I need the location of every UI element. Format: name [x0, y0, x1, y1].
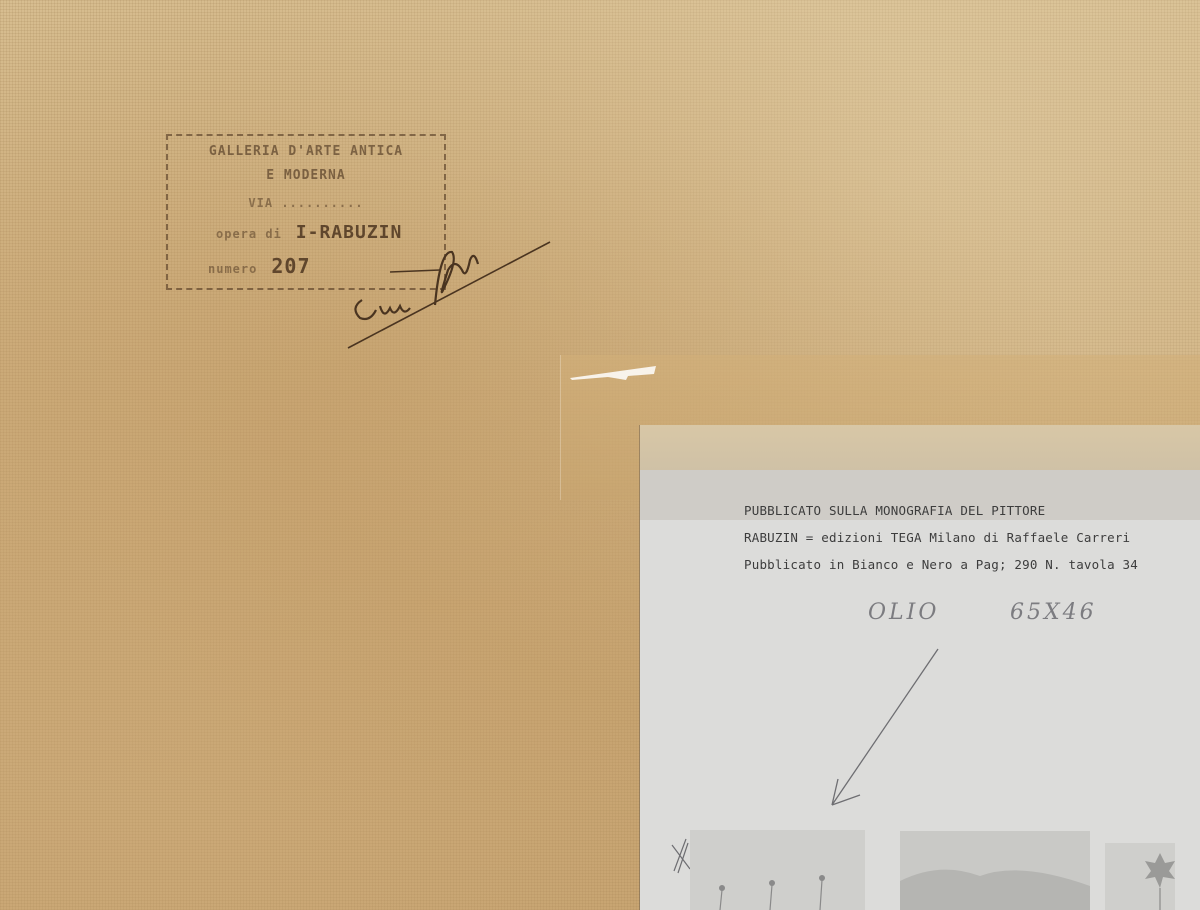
label-tape-strip	[640, 425, 1200, 470]
tape-glint-icon	[568, 362, 658, 382]
thumbnail-flower-detail	[1105, 843, 1175, 910]
signature-icon	[340, 230, 560, 360]
landscape-hills-icon	[900, 831, 1090, 910]
label-typed-line-1: PUBBLICATO SULLA MONOGRAFIA DEL PITTORE	[744, 503, 1045, 518]
flower-head-icon	[1105, 843, 1175, 910]
label-typed-line-3: Pubblicato in Bianco e Nero a Pag; 290 N…	[744, 557, 1138, 572]
flower-stems-icon	[690, 830, 865, 910]
handwritten-dimensions: 65X46	[1010, 600, 1097, 625]
thumbnail-landscape	[900, 831, 1090, 910]
handwritten-medium: OLIO	[868, 600, 939, 625]
publication-label: PUBBLICATO SULLA MONOGRAFIA DEL PITTORE …	[640, 425, 1200, 910]
stamp-number-prefix: numero	[208, 262, 257, 276]
thumbnail-flowers	[690, 830, 865, 910]
arrow-icon	[820, 645, 940, 815]
x-mark-icon	[670, 835, 692, 875]
reproduction-thumbnails	[690, 825, 1200, 910]
stamp-line-gallery: GALLERIA D'ARTE ANTICA	[168, 144, 444, 159]
stamp-line-moderna: E MODERNA	[168, 168, 444, 183]
label-typed-line-2: RABUZIN = edizioni TEGA Milano di Raffae…	[744, 530, 1130, 545]
stamp-line-address: VIA ..........	[168, 196, 444, 210]
stamp-number: 207	[271, 254, 310, 278]
stamp-artist-prefix: opera di	[216, 227, 282, 241]
